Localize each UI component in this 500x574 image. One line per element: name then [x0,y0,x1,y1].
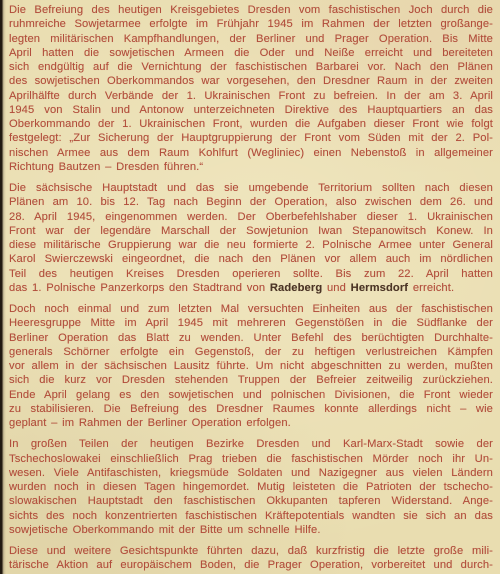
text-line: zu stabilisieren. Die Befreiung des Dres… [9,402,493,416]
text-line: geplant – im Rahmen der Berliner Operati… [9,416,493,430]
text-line: Plänen am 10. bis 12. Tag nach Beginn de… [9,195,493,209]
text-segment: das 1. Polnische Panzerkorps den Stadtra… [9,282,270,294]
text-line: In großen Teilen der heutigen Bezirke Dr… [9,437,493,451]
text-line: generals Schörner erfolgte ein Gegenstoß… [9,345,493,359]
paragraph: Die sächsische Hauptstadt und das sie um… [9,181,493,295]
paragraph: Diese und weitere Gesichtspunkte führten… [9,544,493,573]
text-line: Die Befreiung des heutigen Kreisgebietes… [9,3,493,17]
page-text-column: Die Befreiung des heutigen Kreisgebietes… [9,3,493,574]
text-line: 1945 von Stalin und Antonow unterzeichne… [9,103,493,117]
text-line: diese militärische Gruppierung war die n… [9,238,493,252]
text-line: vor allem in der sächsischen Lausitz füh… [9,359,493,373]
text-line: Diese und weitere Gesichtspunkte führten… [9,544,493,558]
text-line: Front war der legendäre Marschall der So… [9,224,493,238]
text-segment: erreicht. [408,282,454,294]
text-line: April hatten die sowjetischen Armeen die… [9,46,493,60]
text-line: Aprilhälfte durch Verbände der 1. Ukrain… [9,89,493,103]
text-line: Oberkommando der 1. Ukrainischen Front, … [9,117,493,131]
text-line: Richtung Bautzen – Dresden führen.“ [9,160,493,174]
text-line: des sowjetischen Oberkommandos war vorge… [9,74,493,88]
text-line: Teil des heutigen Kreises Dresden operie… [9,267,493,281]
text-line: Tschechoslowakei einschließlich Prag tri… [9,452,493,466]
text-line: sowjetische Oberkommando mit der Bitte u… [9,523,493,537]
text-line: Karol Swierczewski eingeordnet, die nach… [9,252,493,266]
text-line: Ende April gelang es den sowjetischen un… [9,388,493,402]
text-line: ruhmreiche Sowjetarmee erfolgte im Frühj… [9,17,493,31]
page-binding-edge-shadow [0,0,6,574]
text-line: 28. April 1945, eingenommen werden. Der … [9,210,493,224]
text-line: sich endgültig auf die Vernichtung der f… [9,60,493,74]
place-name-bold: Hermsdorf [351,282,408,294]
paragraph: In großen Teilen der heutigen Bezirke Dr… [9,437,493,537]
paragraph: Die Befreiung des heutigen Kreisgebietes… [9,3,493,174]
text-line: slowakischen Hauptstadt den faschistisch… [9,494,493,508]
text-line: Doch noch einmal und zum letzten Mal ver… [9,302,493,316]
text-line: wesen. Viele Antifaschisten, kriegsmüde … [9,466,493,480]
paragraph: Doch noch einmal und zum letzten Mal ver… [9,302,493,430]
text-line: Berliner Operation das Blatt zu wenden. … [9,331,493,345]
text-line: sich die kurz vor Dresden stehenden Trup… [9,373,493,387]
text-line: tärische Aktion auf europäischem Boden, … [9,558,493,572]
text-line: nischen Armee aus dem Raum Kohlfurt (Weg… [9,146,493,160]
text-line: Heeresgruppe Mitte im April 1945 mit meh… [9,316,493,330]
text-line: festgelegt: „Zur Sicherung der Hauptgrup… [9,131,493,145]
text-line: sichts des noch konzentrierten faschisti… [9,509,493,523]
scanned-page: Die Befreiung des heutigen Kreisgebietes… [0,0,500,574]
text-segment: und [322,282,350,294]
text-line: wurden noch in diesen Tagen hingemordet.… [9,480,493,494]
text-line: Die sächsische Hauptstadt und das sie um… [9,181,493,195]
place-name-bold: Radeberg [270,282,322,294]
text-line: das 1. Polnische Panzerkorps den Stadtra… [9,281,493,295]
text-line: legten militärischen Kampfhandlungen, de… [9,32,493,46]
